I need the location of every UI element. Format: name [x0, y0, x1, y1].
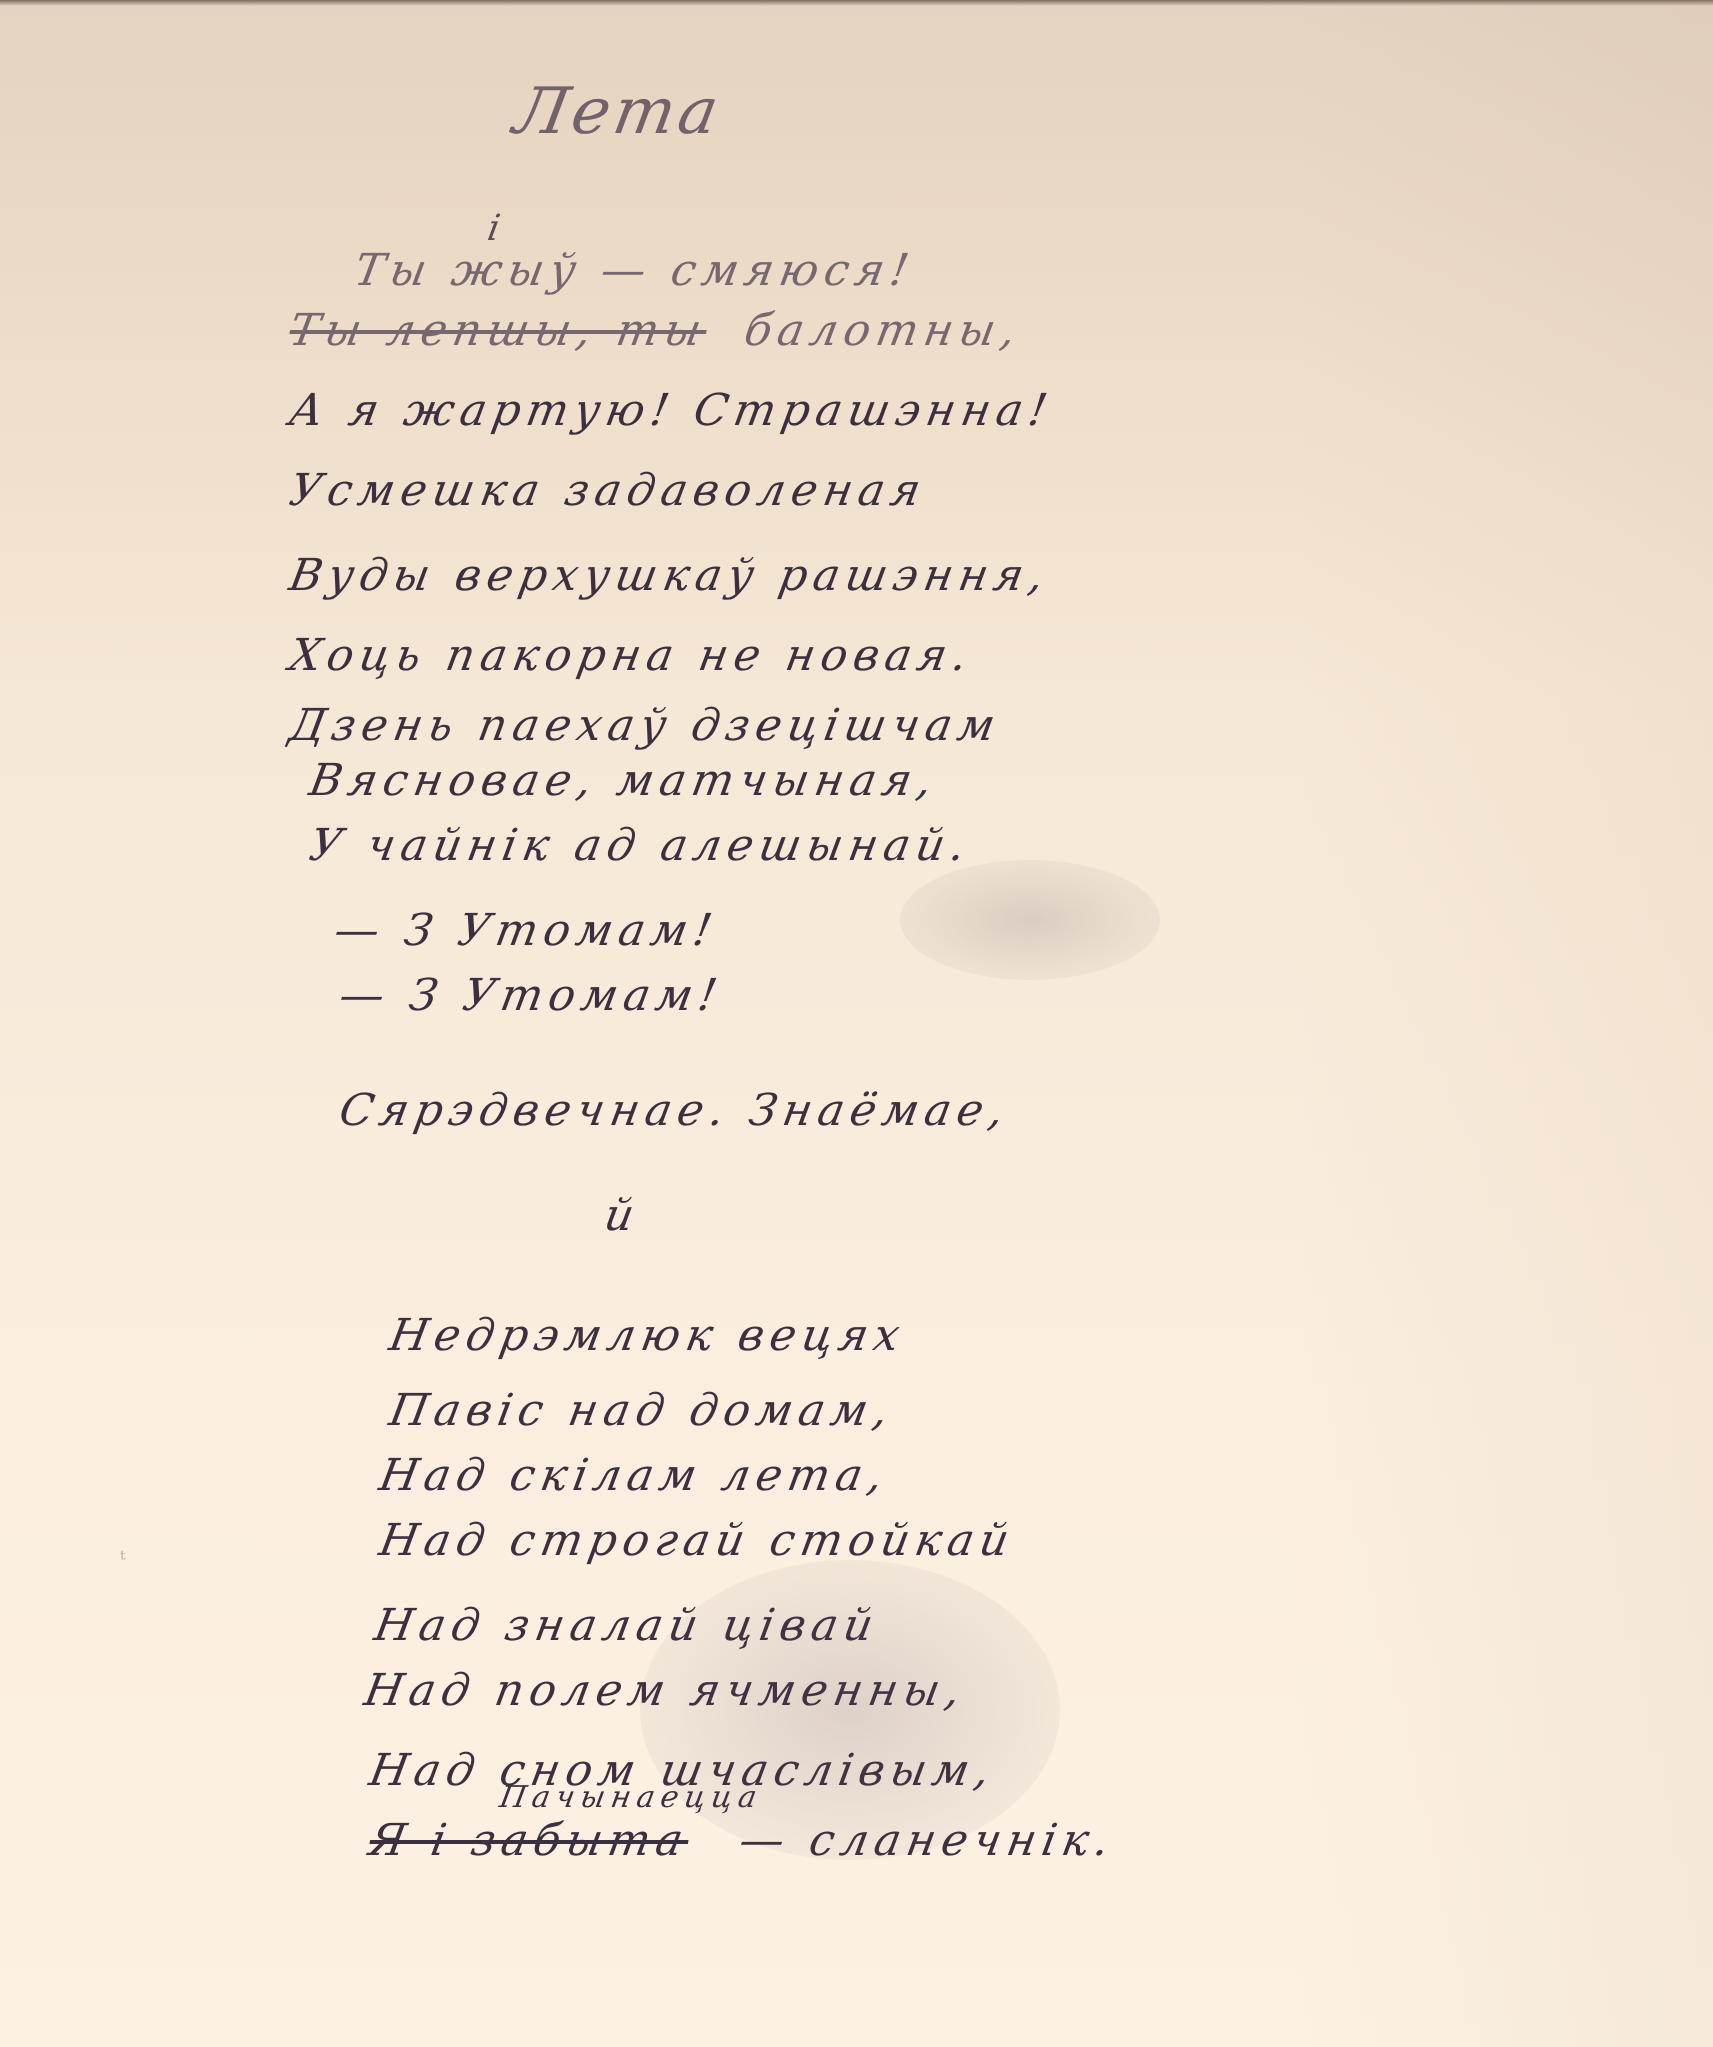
poem-line: Павіс над домам,	[386, 1385, 899, 1436]
poem-line: Усмешка задаволеная	[286, 465, 931, 516]
poem-title: Лета	[508, 75, 727, 149]
poem-line: Сярэдвечнае. Знаёмае,	[336, 1085, 1014, 1136]
struck-line: Я і забыта	[366, 1815, 693, 1866]
poem-line: Дзень паехаў дзецішчам	[286, 700, 1005, 751]
poem-line: Вясновае, матчыная,	[306, 755, 942, 806]
poem-line: Хоць пакорна не новая.	[286, 630, 978, 681]
poem-line: — З Утомам!	[336, 970, 727, 1021]
ink-smudge	[640, 1560, 1060, 1860]
poem-line: Над скілам лета,	[376, 1450, 893, 1501]
poem-line: У чайнік ад алешынай.	[306, 820, 975, 871]
line-correction: балотны,	[741, 305, 1026, 356]
ink-smudge	[900, 860, 1160, 980]
manuscript-page: Лета і Ты жыў — смяюся! Ты лепшы, ты бал…	[0, 0, 1713, 2047]
caret-insertion: і	[484, 208, 509, 249]
poem-line: А я жартую! Страшэнна!	[286, 385, 1057, 436]
poem-line: Вуды верхушкаў рашэння,	[286, 550, 1054, 601]
margin-mark: ᵗ	[120, 1548, 125, 1573]
poem-line: Недрэмлюк вецях	[386, 1310, 910, 1361]
struck-line: Ты лепшы, ты	[286, 305, 712, 356]
poem-line: Ты жыў — смяюся!	[351, 245, 919, 296]
poem-line: — З Утомам!	[331, 905, 722, 956]
poem-line: Над строгай стойкай	[376, 1515, 1019, 1566]
centered-insertion: й	[601, 1190, 644, 1241]
